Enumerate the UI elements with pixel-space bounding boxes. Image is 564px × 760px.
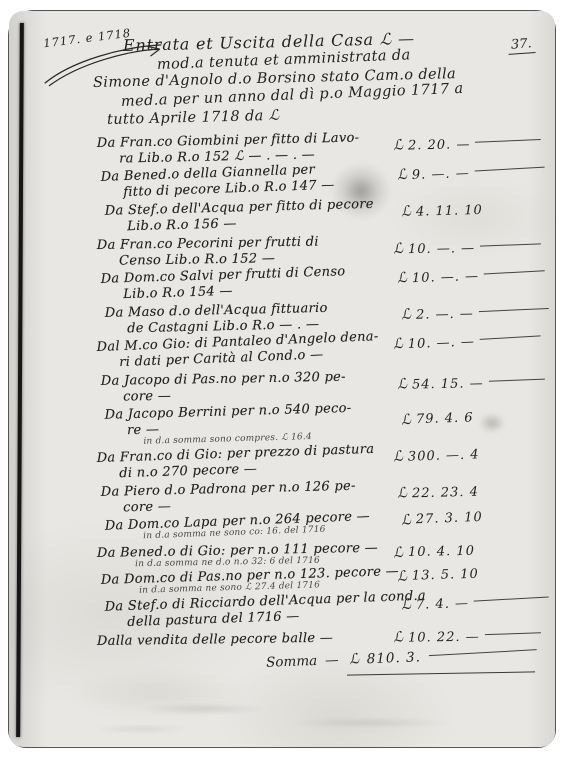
entry-amount: ℒ2. 20. — [393, 134, 541, 153]
amount-value: 13. 5. 10 [412, 566, 479, 583]
ruled-dash [484, 270, 545, 274]
lira-sign: ℒ [400, 203, 413, 220]
ruled-dash [479, 308, 549, 312]
somma-amount: 810. 3. [366, 649, 421, 667]
amount-value: 2. —. — [416, 305, 474, 321]
lira-sign: ℒ [396, 375, 408, 392]
ledger-entry: Dalla vendita delle pecore balle —ℒ10. 2… [97, 627, 541, 649]
lira-sign: ℒ [399, 511, 412, 529]
entry-amount: ℒ9. —. — [397, 162, 545, 183]
amount-value: 79. 4. 6 [416, 410, 474, 427]
amount-value: 10. —. — [408, 240, 475, 256]
ruled-dash [475, 166, 545, 171]
lira-sign: ℒ [392, 448, 405, 465]
lira-sign: ℒ [347, 650, 360, 668]
manuscript-page: 1717. e 1718 37. Entrata et Uscita della… [9, 11, 555, 747]
lira-sign: ℒ [399, 596, 412, 614]
page-content: 1717. e 1718 37. Entrata et Uscita della… [37, 23, 541, 741]
amount-value: 10. 22. — [408, 629, 480, 645]
entry-amount: ℒ54. 15. — [397, 374, 545, 393]
entry-amount: ℒ10. —. — [397, 265, 545, 286]
lira-sign: ℒ [396, 567, 409, 584]
ruled-dash [474, 596, 549, 601]
amount-value: 10. —. — [412, 268, 480, 285]
amount-value: 10. 4. 10 [408, 543, 475, 559]
total-section: Somma — ℒ 810. 3. [37, 654, 537, 674]
sum-rule [347, 671, 535, 675]
amount-value: 10. —. — [408, 333, 476, 351]
lira-sign: ℒ [396, 269, 409, 286]
entry-amount: ℒ10. 22. — [393, 627, 541, 645]
entry-line: Dalla vendita delle pecore balle — [97, 629, 393, 649]
scanned-page: 1717. e 1718 37. Entrata et Uscita della… [0, 0, 564, 760]
entry-amount: ℒ13. 5. 10 [397, 564, 545, 584]
amount-value: 27. 3. 10 [416, 509, 483, 526]
ruled-dash [480, 335, 541, 340]
lira-sign: ℒ [392, 240, 404, 257]
ruled-dash [485, 632, 541, 635]
somma-dash: — [325, 652, 341, 669]
amount-value: 2. 20. — [408, 136, 471, 152]
amount-value: 7. 4. — [416, 595, 470, 612]
amount-value: 54. 15. — [412, 375, 484, 391]
amount-value: 9. —. — [412, 165, 470, 182]
entry-amount: ℒ2. —. — [401, 303, 549, 322]
entries-list: Da Fran.co Giombini per fitto di Lavo-ra… [37, 136, 541, 650]
entry-amount: ℒ79. 4. 6 [401, 407, 549, 427]
binding-shadow [16, 23, 24, 737]
lira-sign: ℒ [400, 411, 413, 428]
entry-amount: ℒ27. 3. 10 [401, 506, 549, 527]
entry-amount: ℒ22. 23. 4 [397, 482, 545, 502]
ruled-dash [429, 649, 537, 656]
entry-amount: ℒ4. 11. 10 [401, 200, 549, 220]
entry-amount: ℒ10. 4. 10 [393, 541, 541, 560]
lira-sign: ℒ [400, 306, 413, 323]
entry-amount: ℒ10. —. — [393, 239, 541, 257]
lira-sign: ℒ [392, 544, 404, 561]
ruled-dash [480, 243, 541, 246]
somma-label: Somma [266, 652, 318, 670]
entry-amount: ℒ300. —. 4 [393, 444, 541, 465]
lira-sign: ℒ [391, 335, 404, 353]
amount-value: 4. 11. 10 [416, 202, 483, 219]
lira-sign: ℒ [396, 484, 409, 501]
lira-sign: ℒ [392, 629, 404, 646]
amount-value: 300. —. 4 [408, 446, 480, 463]
ruled-dash [475, 139, 541, 143]
ruled-dash [489, 378, 545, 381]
lira-sign: ℒ [392, 136, 405, 153]
lira-sign: ℒ [396, 166, 409, 184]
amount-value: 22. 23. 4 [412, 484, 479, 501]
entry-amount: ℒ10. —. — [392, 330, 541, 352]
